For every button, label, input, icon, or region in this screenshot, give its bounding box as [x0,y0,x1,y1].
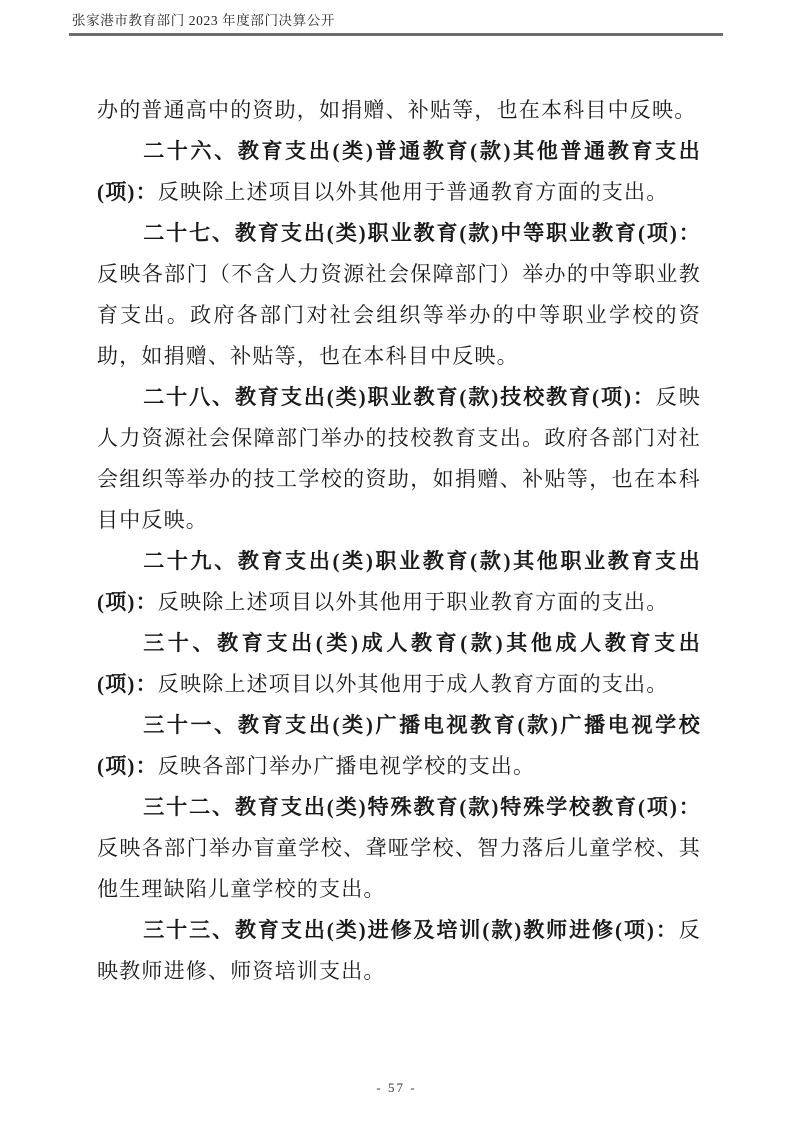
paragraph-text: 反映各部门举办盲童学校、聋哑学校、智力落后儿童学校、其他生理缺陷儿童学校的支出。 [97,836,701,901]
paragraph-text: 反映除上述项目以外其他用于职业教育方面的支出。 [158,590,669,614]
paragraph: 三十、教育支出(类)成人教育(款)其他成人教育支出(项)：反映除上述项目以外其他… [97,623,701,705]
paragraph: 二十九、教育支出(类)职业教育(款)其他职业教育支出(项)：反映除上述项目以外其… [97,541,701,623]
page-footer: - 57 - [0,1080,793,1096]
paragraph: 三十三、教育支出(类)进修及培训(款)教师进修(项)：反映教师进修、师资培训支出… [97,910,701,992]
page-header-title: 张家港市教育部门 2023 年度部门决算公开 [69,9,335,29]
paragraph-heading: 二十八、教育支出(类)职业教育(款)技校教育(项)： [143,385,656,409]
paragraph-text: 反映各部门举办广播电视学校的支出。 [158,754,535,778]
paragraph-heading: 三十二、教育支出(类)特殊教育(款)特殊学校教育(项)： [143,795,701,819]
page-header: 张家港市教育部门 2023 年度部门决算公开 [69,9,723,36]
paragraph: 二十七、教育支出(类)职业教育(款)中等职业教育(项)：反映各部门（不含人力资源… [97,213,701,377]
paragraph: 办的普通高中的资助，如捐赠、补贴等，也在本科目中反映。 [97,90,701,131]
paragraph: 三十一、教育支出(类)广播电视教育(款)广播电视学校(项)：反映各部门举办广播电… [97,705,701,787]
paragraph-heading: 二十七、教育支出(类)职业教育(款)中等职业教育(项)： [143,221,701,245]
paragraph-text: 反映各部门（不含人力资源社会保障部门）举办的中等职业教育支出。政府各部门对社会组… [97,262,701,368]
paragraph-heading: 三十三、教育支出(类)进修及培训(款)教师进修(项)： [143,918,679,942]
paragraph-text: 办的普通高中的资助，如捐赠、补贴等，也在本科目中反映。 [97,98,696,122]
paragraph-text: 反映除上述项目以外其他用于普通教育方面的支出。 [158,180,669,204]
paragraph: 二十八、教育支出(类)职业教育(款)技校教育(项)：反映人力资源社会保障部门举办… [97,377,701,541]
paragraph: 三十二、教育支出(类)特殊教育(款)特殊学校教育(项)：反映各部门举办盲童学校、… [97,787,701,910]
document-body: 办的普通高中的资助，如捐赠、补贴等，也在本科目中反映。二十六、教育支出(类)普通… [97,90,701,992]
page-number: - 57 - [376,1080,416,1095]
paragraph-text: 反映除上述项目以外其他用于成人教育方面的支出。 [158,672,669,696]
document-page: 张家港市教育部门 2023 年度部门决算公开 办的普通高中的资助，如捐赠、补贴等… [0,0,793,1122]
paragraph: 二十六、教育支出(类)普通教育(款)其他普通教育支出(项)：反映除上述项目以外其… [97,131,701,213]
